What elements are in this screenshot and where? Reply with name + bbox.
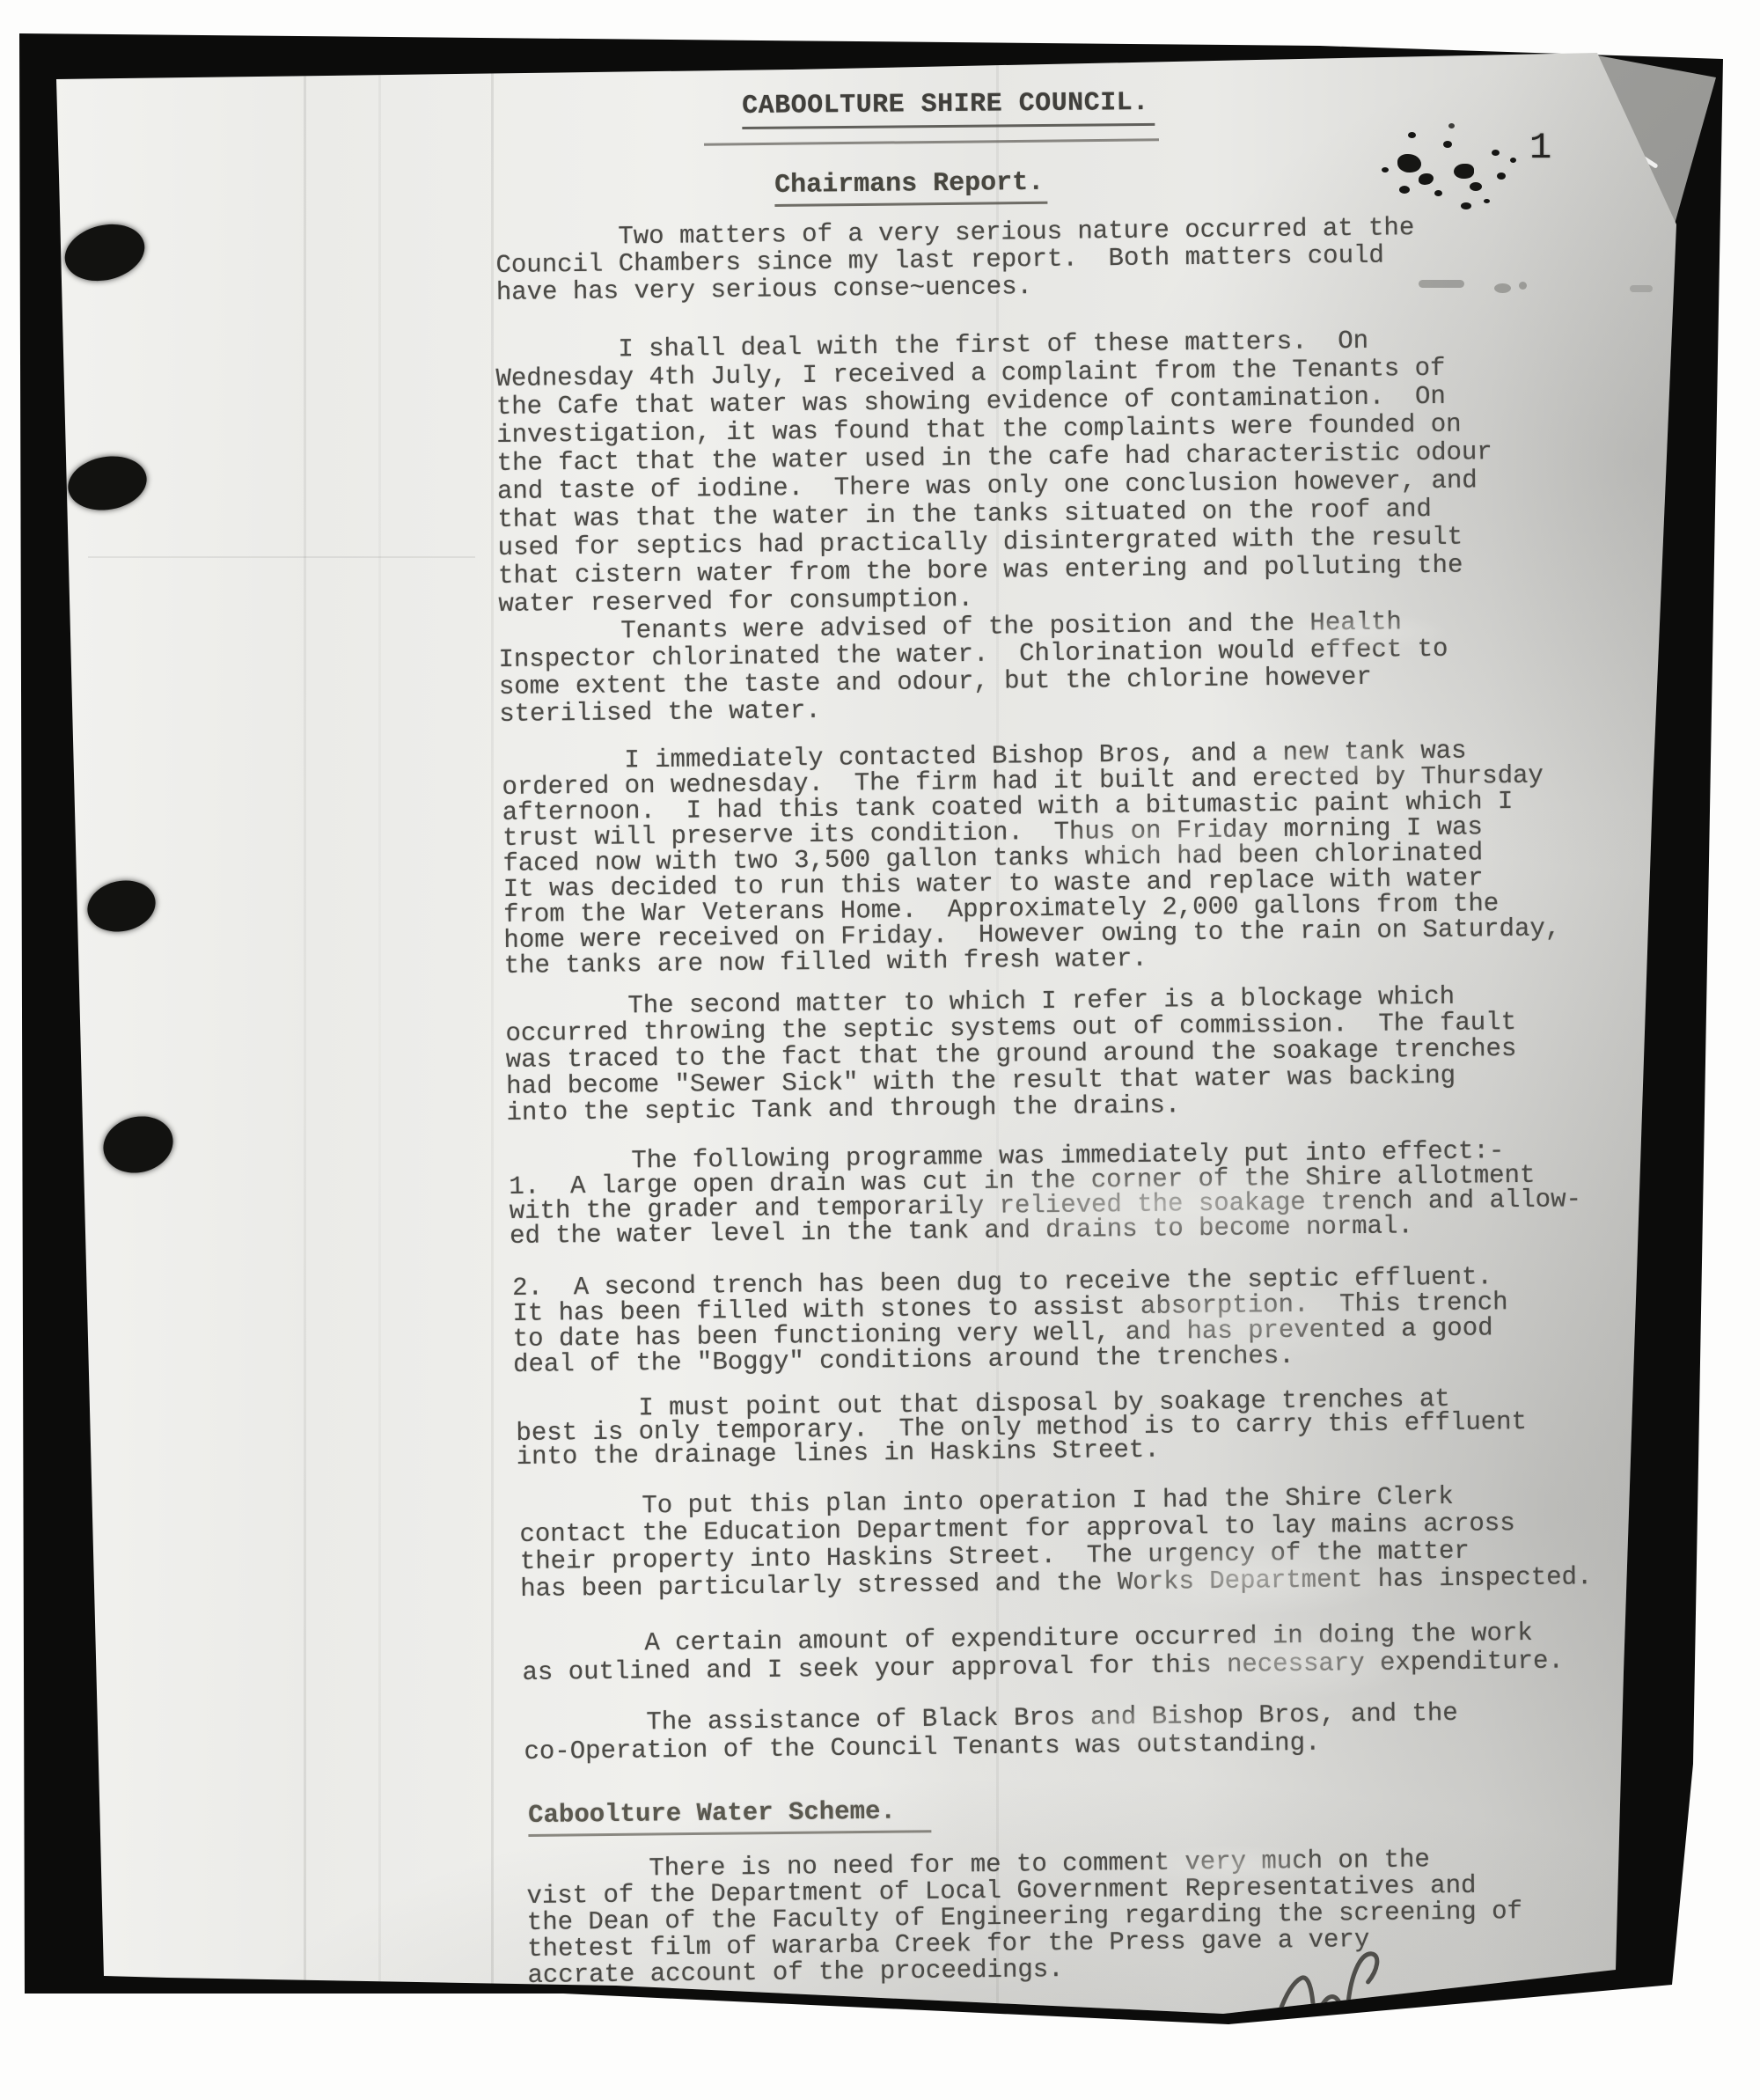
paragraph: Two matters of a very serious nature occ… (495, 214, 1415, 306)
title-underline (704, 138, 1159, 145)
paragraph: I must point out that disposal by soakag… (516, 1386, 1527, 1469)
report-heading: Chairmans Report. (774, 168, 1047, 207)
page-number: 1 (1529, 127, 1551, 169)
paragraph: The assistance of Black Bros and Bishop … (524, 1700, 1458, 1766)
paragraph: I immediately contacted Bishop Bros, and… (502, 737, 1561, 979)
paragraph: To put this plan into operation I had th… (519, 1481, 1593, 1603)
document-page: CABOOLTURE SHIRE COUNCIL. Chairmans Repo… (0, 0, 1760, 2100)
paragraph: I shall deal with the first of these mat… (495, 326, 1494, 619)
paragraph: A certain amount of expenditure occurred… (522, 1619, 1564, 1687)
page-content: CABOOLTURE SHIRE COUNCIL. Chairmans Repo… (0, 0, 1760, 2100)
paragraph: 2. A second trench has been dug to recei… (512, 1264, 1508, 1377)
paragraph: Tenants were advised of the position and… (498, 608, 1448, 728)
paragraph: The second matter to which I refer is a … (505, 983, 1517, 1127)
section-heading: Caboolture Water Scheme. (528, 1796, 931, 1837)
page-title: CABOOLTURE SHIRE COUNCIL. (742, 88, 1155, 129)
paragraph: The following programme was immediately … (509, 1138, 1581, 1249)
